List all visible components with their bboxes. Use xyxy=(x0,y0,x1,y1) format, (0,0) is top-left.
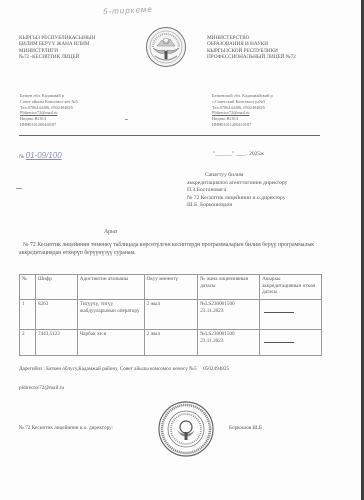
header-right-line: ПРОФЕССИОНАЛЬНЫЙ ЛИЦЕЙ №72 xyxy=(207,54,296,60)
handwritten-number: 01-09/100 xyxy=(26,151,62,160)
official-seal-icon xyxy=(157,400,215,458)
column-header: Акыркы аккредитациянын өткөн датасы xyxy=(260,275,322,300)
number-prefix: № xyxy=(19,154,24,160)
column-header: Адистиктин аталышы xyxy=(77,275,144,300)
column-header: № жана лицензиянын датасы xyxy=(198,275,260,300)
header-left-line: БИЛИМ БЕРҮҮ ЖАНА ИЛИМ xyxy=(19,41,95,47)
table-header-row: № Шифр Адистиктин аталышы Окуу мөөнөтү №… xyxy=(20,275,322,300)
cell-last-accreditation xyxy=(260,300,322,330)
cell-duration: 2 жыл xyxy=(144,330,198,356)
cell-specialty: Чарбак ээси xyxy=(77,330,144,356)
addressee-line: № 72 Кесиптик лицейинин и.о.директору xyxy=(187,195,287,203)
cell-specialty: Тигүүчү, тигүү жабдууларынын оператору xyxy=(77,300,144,330)
column-header: Шифр xyxy=(35,275,77,300)
programs-table: № Шифр Адистиктин аталышы Окуу мөөнөтү №… xyxy=(19,274,322,356)
document-date: "______" ____. 2025ж xyxy=(213,151,264,157)
cell-number: 2 xyxy=(20,330,36,356)
blank-field-line xyxy=(264,342,294,343)
handwritten-annotation: 5-тиркеме xyxy=(103,5,153,17)
table-row: 1 8263 Тигүүчү, тигүү жабдууларынын опер… xyxy=(20,300,322,330)
address-block-kyrgyz: Баткен обл. Кадамжай р Совет айылы Комсо… xyxy=(20,93,78,128)
footer-email[interactable]: pldirector72@mail.ru xyxy=(19,385,64,391)
header-left-line: №72 -КЕСИПТИК ЛИЦЕЙ xyxy=(19,54,95,60)
outgoing-number: № 01-09/100 xyxy=(19,151,62,160)
header-right-institution: МИНИСТЕРСТВО ОБРАЗОВАНИЯ И НАУКИ КЫРГЫЗС… xyxy=(207,35,296,61)
cell-last-accreditation xyxy=(260,330,322,356)
address-line: Баткенской обл. Кадамжайский р xyxy=(212,93,273,99)
tax-id: ИНН01012004l0187 xyxy=(20,122,78,128)
cell-number: 1 xyxy=(20,300,36,330)
signature-label: № 72 Кесиптик лицейинин и.о. директору: xyxy=(19,425,113,431)
column-header: № xyxy=(20,275,36,300)
cell-duration: 2 жыл xyxy=(144,300,198,330)
blank-field-line xyxy=(264,312,294,313)
letter-body-text: № 72 Кесиптик лицейинин төмөнкү таблицад… xyxy=(19,242,314,256)
addressee-line: аккредитациялоо агенттигинин директору xyxy=(187,180,287,188)
addressee-line: Сапаттуу билим xyxy=(187,172,287,180)
license-date: 23.11.2023 xyxy=(200,338,257,345)
scan-speck xyxy=(16,188,22,189)
tax-id: ИНН01011200410187 xyxy=(212,122,273,128)
signatory-name: Боркошов Ш.Б xyxy=(229,425,262,431)
license-number: №LS230001500 xyxy=(200,301,257,308)
scan-speck xyxy=(125,119,128,120)
cell-code: 7443,5122 xyxy=(35,330,77,356)
header-divider xyxy=(19,135,320,136)
addressee-block: Сапаттуу билим аккредитациялоо агенттиги… xyxy=(187,172,287,210)
address-block-russian: Баткенской обл. Кадамжайский р с.Советск… xyxy=(212,93,273,128)
table-row: 2 7443,5122 Чарбак ээси 2 жыл №LS2300015… xyxy=(20,330,322,356)
addressee-line: Ш.Б. Боркошовдон xyxy=(187,202,287,210)
cell-code: 8263 xyxy=(35,300,77,330)
license-date: 23.11.2023 xyxy=(200,308,257,315)
column-header: Окуу мөөнөтү xyxy=(144,275,198,300)
letter-title: Арыз xyxy=(104,229,117,235)
cell-license: №LS230001500 23.11.2023 xyxy=(198,300,260,330)
license-number: №LS230001500 xyxy=(200,331,257,338)
letter-body: № 72 Кесиптик лицейинин төмөнкү таблицад… xyxy=(19,241,324,258)
address-line: с.Советский Комсомол ул№5 xyxy=(212,99,273,105)
state-emblem-icon xyxy=(145,26,187,68)
footer-address: Дарегибиз : Баткен облусу,Кадамжай район… xyxy=(19,366,229,372)
address-line: Совет айылы Комсомол кеч №5 xyxy=(20,99,78,105)
cell-license: №LS230001500 23.11.2023 xyxy=(198,330,260,356)
header-left-institution: КЫРГЫЗ РЕСПУБЛИКАСЫНЫН БИЛИМ БЕРҮҮ ЖАНА … xyxy=(19,35,95,61)
addressee-line: П.З.Бостоновага xyxy=(187,187,287,195)
